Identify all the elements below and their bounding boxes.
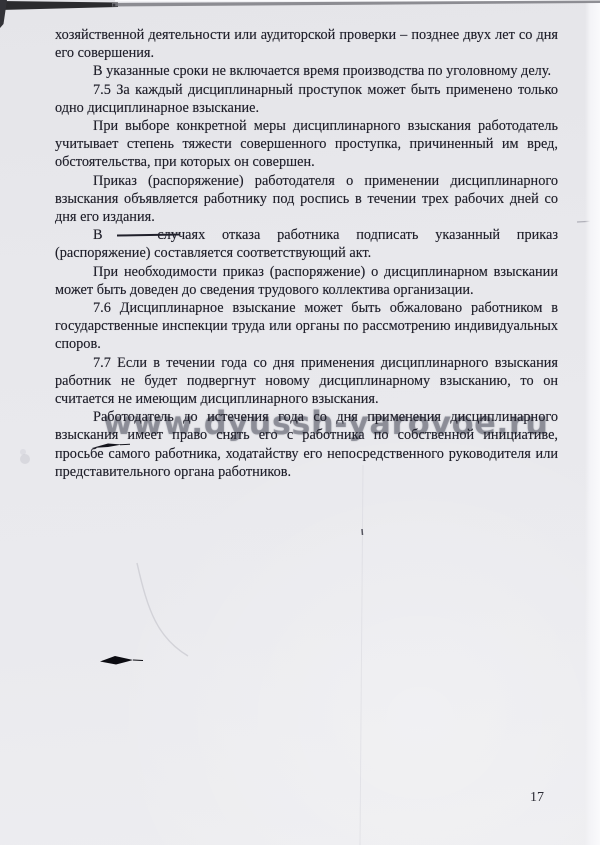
paragraph-7-6: 7.6 Дисциплинарное взыскание может быть …	[55, 299, 558, 354]
page-number: 17	[530, 790, 544, 806]
document-text: хозяйственной деятельности или аудиторск…	[55, 26, 558, 481]
paragraph-7-7: 7.7 Если в течении года со дня применени…	[55, 354, 558, 409]
paragraph: хозяйственной деятельности или аудиторск…	[55, 26, 558, 62]
paragraph-7-5: 7.5 За каждый дисциплинарный проступок м…	[55, 81, 558, 117]
scan-edge-dark-band	[0, 1, 118, 10]
paragraph: В указанные сроки не включается время пр…	[55, 62, 558, 80]
struck-word: случаях	[119, 226, 205, 244]
scan-edge-right	[585, 0, 600, 845]
paragraph: Приказ (распоряжение) работодателя о при…	[55, 172, 558, 227]
paragraph-text: В	[93, 227, 119, 243]
scan-speck	[113, 4, 116, 7]
scan-edge-top	[0, 0, 600, 30]
scan-edge-left-sliver	[0, 0, 7, 28]
ink-blot	[100, 656, 133, 665]
ink-blot-tail	[133, 660, 143, 661]
smudge	[20, 454, 30, 464]
paragraph: Работодатель до истечения года со дня пр…	[55, 408, 558, 481]
paragraph: При выборе конкретной меры дисциплинарно…	[55, 117, 558, 172]
scanned-page: www.dyussh-yarovoe.ru хозяйственной деят…	[0, 0, 600, 845]
crease-line	[137, 563, 188, 656]
paragraph: При необходимости приказ (распоряжение) …	[55, 263, 558, 299]
fold-line	[360, 465, 363, 845]
paragraph: В случаях отказа работника подписать ука…	[55, 226, 558, 262]
speck	[362, 529, 363, 535]
smudge	[20, 449, 26, 455]
